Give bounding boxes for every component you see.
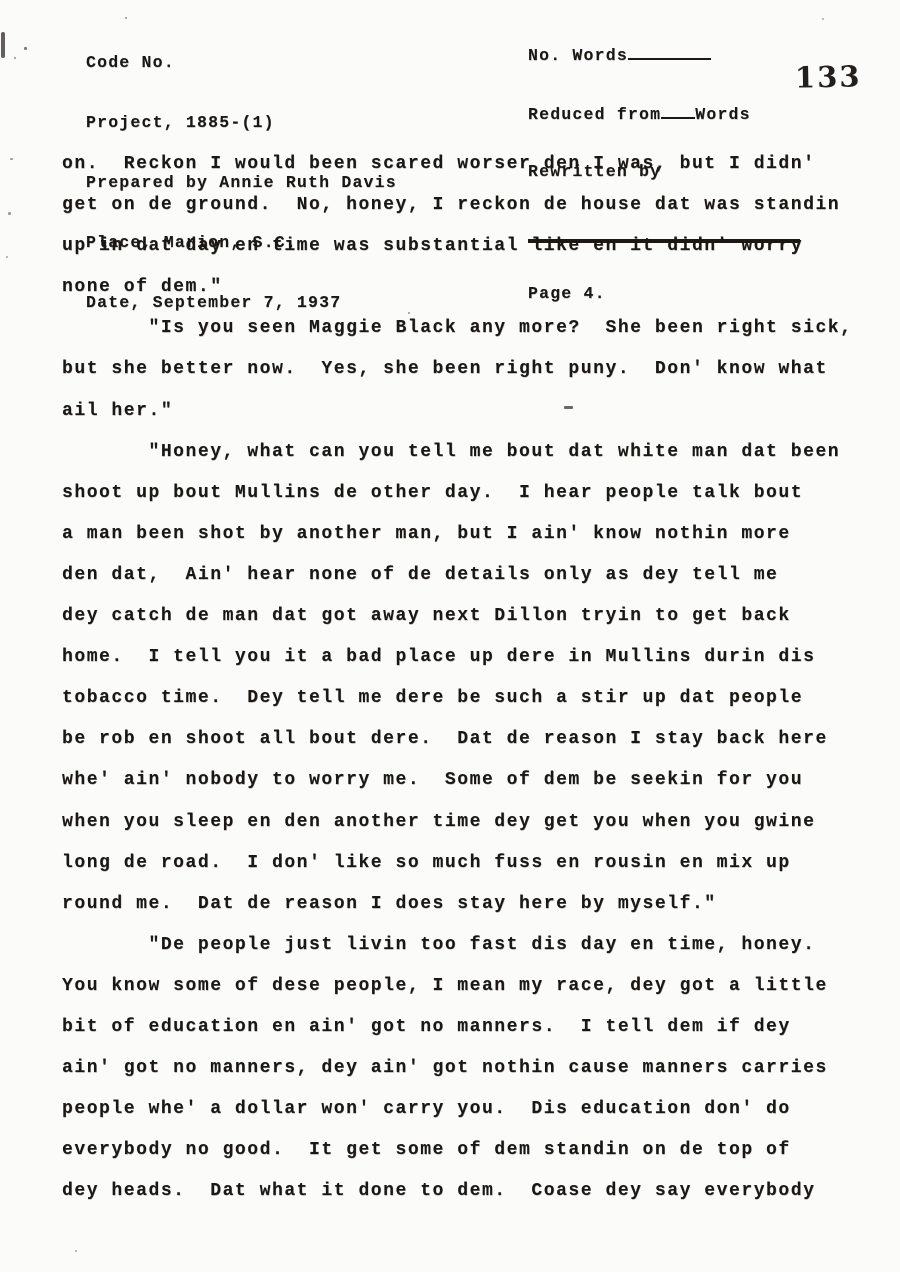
body-line-16: whe' ain' nobody to worry me. Some of de… xyxy=(62,760,862,801)
folio-number-stamp: 133 xyxy=(795,59,862,94)
ink-speck xyxy=(24,47,27,50)
body-line-21: You know some of dese people, I mean my … xyxy=(62,966,862,1007)
ink-speck xyxy=(822,18,824,20)
body-line-18: long de road. I don' like so much fuss e… xyxy=(62,843,862,884)
body-line-24: people whe' a dollar won' carry you. Dis… xyxy=(62,1089,862,1130)
body-line-25: everybody no good. It get some of dem st… xyxy=(62,1130,862,1171)
body-line-9: shoot up bout Mullins de other day. I he… xyxy=(62,473,862,514)
scan-edge-mark xyxy=(1,32,5,58)
ink-speck xyxy=(14,57,16,59)
body-line-13: home. I tell you it a bad place up dere … xyxy=(62,637,862,678)
ink-dash-mark xyxy=(564,406,573,409)
body-line-11: den dat, Ain' hear none of de details on… xyxy=(62,555,862,596)
body-line-5: "Is you seen Maggie Black any more? She … xyxy=(62,308,862,349)
document-page: Code No. Project, 1885-(1) Prepared by A… xyxy=(0,0,900,1272)
body-line-26: dey heads. Dat what it done to dem. Coas… xyxy=(62,1171,862,1212)
ink-speck xyxy=(10,158,13,160)
body-line-8: "Honey, what can you tell me bout dat wh… xyxy=(62,432,862,473)
no-words-blank-line xyxy=(628,45,711,60)
body-line-10: a man been shot by another man, but I ai… xyxy=(62,514,862,555)
ink-speck xyxy=(125,17,127,19)
body-line-14: tobacco time. Dey tell me dere be such a… xyxy=(62,678,862,719)
header-no-words-row: No. Words xyxy=(528,45,800,65)
body-line-6: but she better now. Yes, she been right … xyxy=(62,349,862,390)
body-line-22: bit of education en ain' got no manners.… xyxy=(62,1007,862,1048)
body-line-7: ail her." xyxy=(62,391,862,432)
ink-speck xyxy=(8,212,11,215)
body-line-12: dey catch de man dat got away next Dillo… xyxy=(62,596,862,637)
ink-speck xyxy=(75,1250,77,1252)
reduced-from-blank-line xyxy=(661,104,695,119)
body-line-4: none of dem." xyxy=(62,267,862,308)
body-line-19: round me. Dat de reason I does stay here… xyxy=(62,884,862,925)
header-code-no: Code No. xyxy=(86,53,397,73)
body-line-3: up in dat day en time was substantial li… xyxy=(62,226,862,267)
body-line-23: ain' got no manners, dey ain' got nothin… xyxy=(62,1048,862,1089)
body-line-17: when you sleep en den another time dey g… xyxy=(62,802,862,843)
document-body: on. Reckon I would been scared worser de… xyxy=(62,144,862,1212)
body-line-15: be rob en shoot all bout dere. Dat de re… xyxy=(62,719,862,760)
no-words-label: No. Words xyxy=(528,46,628,65)
ink-speck xyxy=(408,312,410,314)
body-line-2: get on de ground. No, honey, I reckon de… xyxy=(62,185,862,226)
reduced-from-label: Reduced from xyxy=(528,105,661,124)
words-label: Words xyxy=(695,105,751,124)
header-project: Project, 1885-(1) xyxy=(86,113,397,133)
body-line-20: "De people just livin too fast dis day e… xyxy=(62,925,862,966)
body-line-1: on. Reckon I would been scared worser de… xyxy=(62,144,862,185)
header-reduced-from-row: Reduced fromWords xyxy=(528,104,800,124)
ink-speck xyxy=(6,256,8,258)
